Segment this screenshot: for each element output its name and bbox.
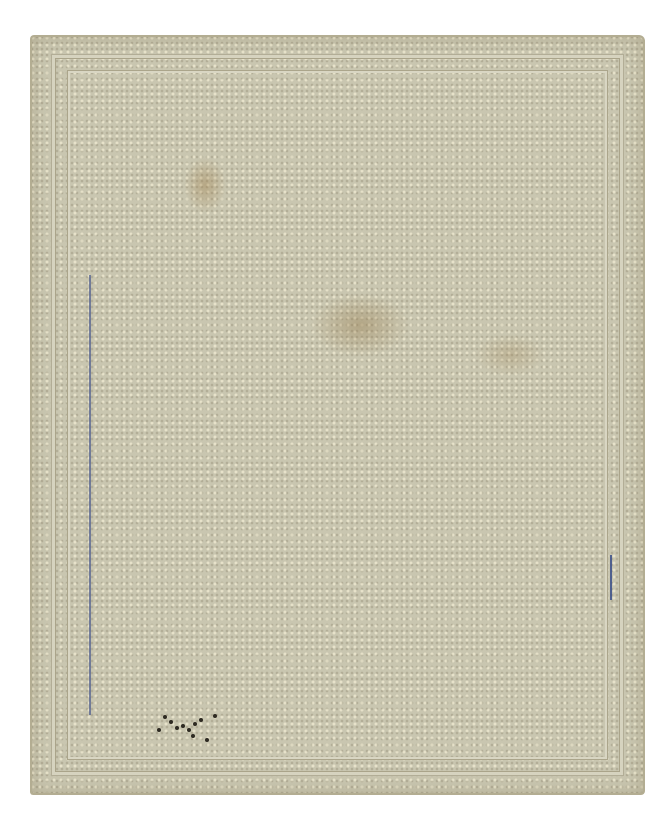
ink-dot — [205, 738, 209, 742]
embossed-inner-border — [68, 71, 607, 759]
ink-dot — [193, 722, 197, 726]
ink-dot — [181, 724, 185, 728]
blue-pen-mark-right — [610, 555, 612, 600]
ink-dot — [157, 728, 161, 732]
ink-dot — [187, 728, 191, 732]
ink-dot — [163, 715, 167, 719]
ink-dots-cluster — [155, 710, 225, 750]
blue-pen-mark-left — [89, 275, 91, 715]
ink-dot — [199, 718, 203, 722]
ink-dot — [175, 726, 179, 730]
ink-dot — [213, 714, 217, 718]
ink-dot — [169, 720, 173, 724]
book-cover: Weathered greenish-beige pebble-grain bo… — [30, 35, 645, 795]
ink-dot — [191, 734, 195, 738]
